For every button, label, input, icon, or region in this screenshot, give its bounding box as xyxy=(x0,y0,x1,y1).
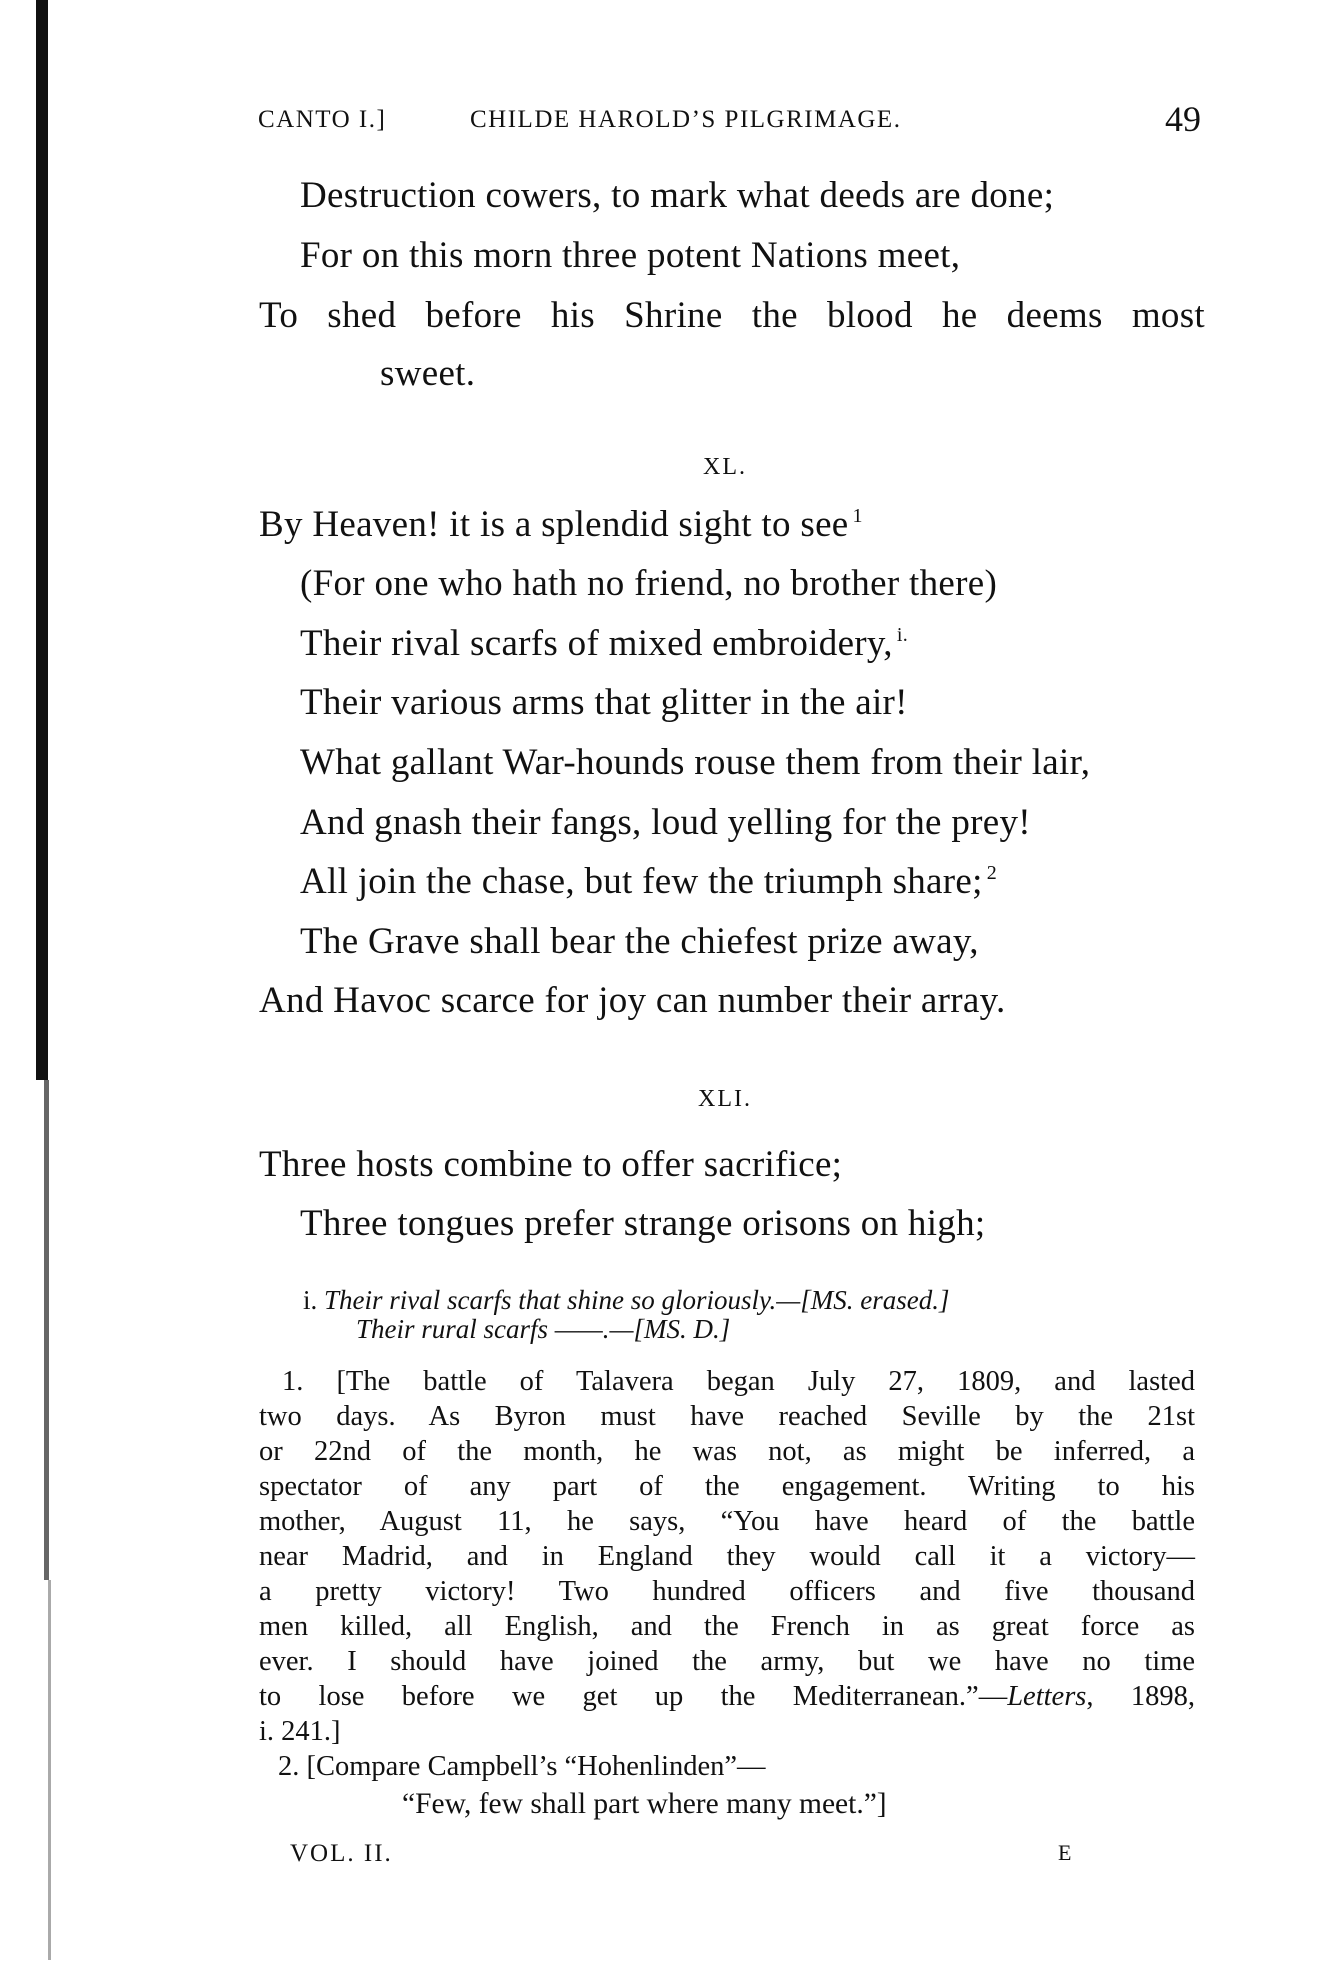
footnote-ref[interactable]: 2 xyxy=(987,862,997,884)
verse-line: By Heaven! it is a splendid sight to see… xyxy=(259,503,863,546)
volume-label: VOL. II. xyxy=(290,1840,393,1868)
canto-label: CANTO I.] xyxy=(258,106,386,134)
verse-line: Their rival scarfs of mixed embroidery,i… xyxy=(300,622,908,665)
footnote-line: or 22nd of the month, he was not, as mig… xyxy=(259,1436,1195,1468)
verse-line: And Havoc scarce for joy can number thei… xyxy=(259,979,1006,1022)
verse-line: Three hosts combine to offer sacrifice; xyxy=(259,1143,842,1186)
citation-title: Letters xyxy=(1007,1681,1086,1712)
verse-line: For on this morn three potent Nations me… xyxy=(300,234,960,277)
variant-source: —[MS. D.] xyxy=(610,1314,731,1344)
stanza-numeral: XLI. xyxy=(0,1086,1344,1113)
footnote-2-line: 2. [Compare Campbell’s “Hohenlinden”— xyxy=(278,1751,1214,1783)
verse-line: All join the chase, but few the triumph … xyxy=(300,860,997,903)
footnote-line: mother, August 11, he says, “You have he… xyxy=(259,1506,1195,1538)
variant-note: Their rural scarfs ——.—[MS. D.] xyxy=(356,1314,730,1345)
variant-label: i. xyxy=(303,1285,317,1315)
signature-mark: E xyxy=(1058,1840,1073,1866)
footnote-line: to lose before we get up the Mediterrane… xyxy=(259,1681,1195,1713)
footnote-line: men killed, all English, and the French … xyxy=(259,1611,1195,1643)
verse-line: Their various arms that glitter in the a… xyxy=(300,681,908,724)
footnote-2-quote: “Few, few shall part where many meet.”] xyxy=(402,1788,1102,1821)
footnote-line: spectator of any part of the engagement.… xyxy=(259,1471,1195,1503)
scan-binding-edge xyxy=(44,1080,49,1580)
verse-line: Three tongues prefer strange orisons on … xyxy=(300,1202,985,1245)
scan-binding-edge xyxy=(36,0,48,1080)
verse-line: The Grave shall bear the chiefest prize … xyxy=(300,920,979,963)
variant-ref[interactable]: i. xyxy=(897,624,908,646)
variant-note: i. Their rival scarfs that shine so glor… xyxy=(303,1285,950,1316)
footnote-line: ever. I should have joined the army, but… xyxy=(259,1646,1195,1678)
verse-line: To shed before his Shrine the blood he d… xyxy=(259,294,1205,337)
verse-turnover: sweet. xyxy=(380,352,475,395)
footnote-line: i. 241.] xyxy=(259,1716,1195,1748)
variant-text: Their rival scarfs that shine so gloriou… xyxy=(324,1285,776,1315)
footnote-line: a pretty victory! Two hundred officers a… xyxy=(259,1576,1195,1608)
book-title: CHILDE HAROLD’S PILGRIMAGE. xyxy=(470,106,901,134)
footnote-ref[interactable]: 1 xyxy=(853,505,863,527)
verse-line: Destruction cowers, to mark what deeds a… xyxy=(300,174,1054,217)
footnote-line: 1. [The battle of Talavera began July 27… xyxy=(282,1366,1195,1398)
variant-source: —[MS. erased.] xyxy=(776,1285,949,1315)
footnote-line: near Madrid, and in England they would c… xyxy=(259,1541,1195,1573)
footnote-line: two days. As Byron must have reached Sev… xyxy=(259,1401,1195,1433)
verse-line: What gallant War-hounds rouse them from … xyxy=(300,741,1090,784)
scan-binding-edge xyxy=(48,1580,51,1960)
page-number: 49 xyxy=(1165,98,1201,140)
verse-line: (For one who hath no friend, no brother … xyxy=(300,562,997,605)
verse-line: And gnash their fangs, loud yelling for … xyxy=(300,801,1031,844)
variant-text: Their rural scarfs ——. xyxy=(356,1314,610,1344)
stanza-numeral: XL. xyxy=(0,454,1344,481)
